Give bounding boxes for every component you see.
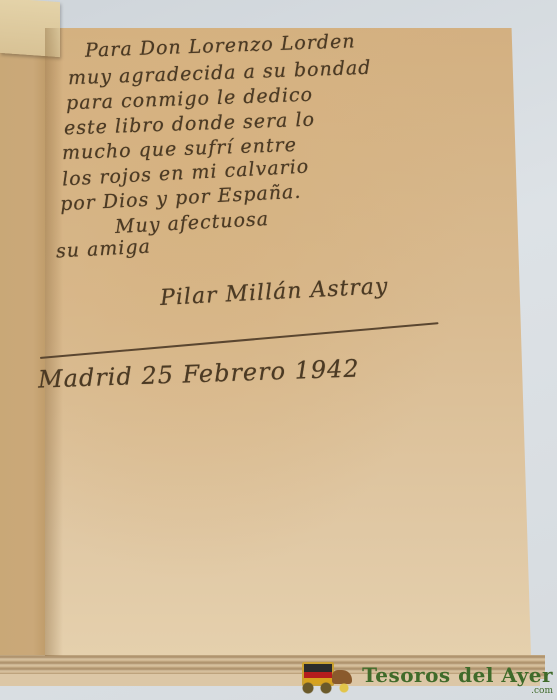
site-watermark: Tesoros del Ayer .com	[298, 656, 553, 696]
watermark-suffix: .com	[531, 687, 553, 696]
page-gutter-shadow	[45, 28, 63, 656]
watermark-title: Tesoros del Ayer	[362, 665, 553, 685]
stagecoach-icon	[298, 656, 356, 696]
